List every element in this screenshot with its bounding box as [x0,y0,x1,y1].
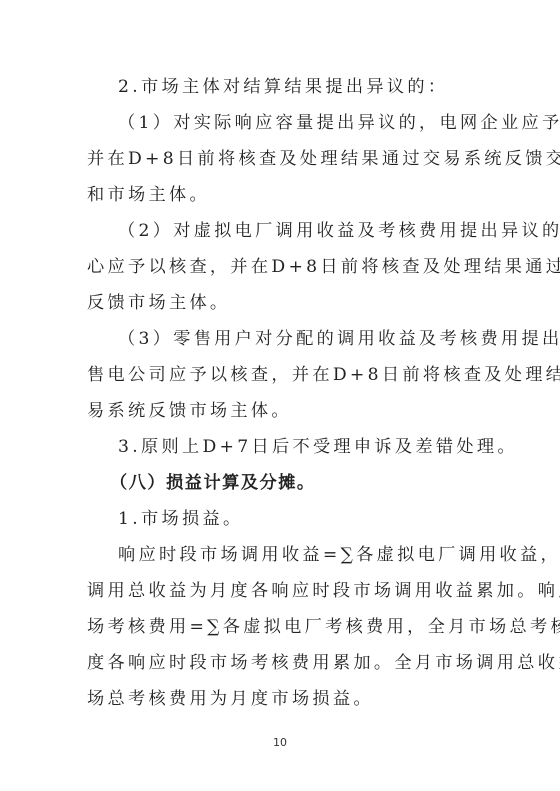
paragraph-line: 度各响应时段市场考核费用累加。全月市场调用总收益扣除市 [87,651,489,675]
paragraph-line: （2）对虚拟电厂调用收益及考核费用提出异议的，交易中 [118,219,489,243]
paragraph-line: 易系统反馈市场主体。 [87,399,489,423]
paragraph-line: 场总考核费用为月度市场损益。 [87,687,489,711]
paragraph-line: 2.市场主体对结算结果提出异议的： [118,75,489,99]
paragraph-line: 心应予以核查，并在D+8日前将核查及处理结果通过交易系统 [87,255,489,279]
paragraph-line: 和市场主体。 [87,183,489,207]
paragraph-line: 3.原则上D+7日后不受理申诉及差错处理。 [118,435,489,459]
paragraph-line: 场考核费用=∑各虚拟电厂考核费用，全月市场总考核费用为月 [87,615,489,639]
paragraph-line: （1）对实际响应容量提出异议的，电网企业应予以核查， [118,111,489,135]
paragraph-line: （3）零售用户对分配的调用收益及考核费用提出异议的， [118,327,489,351]
document-page: 2.市场主体对结算结果提出异议的： （1）对实际响应容量提出异议的，电网企业应予… [0,0,560,791]
paragraph-line: 售电公司应予以核查，并在D+8日前将核查及处理结果通过交 [87,363,489,387]
section-heading: （八）损益计算及分摊。 [110,471,481,495]
paragraph-line: 反馈市场主体。 [87,291,489,315]
paragraph-line: 调用总收益为月度各响应时段市场调用收益累加。响应时段市 [87,579,489,603]
subsection-heading: 1.市场损益。 [118,507,489,531]
page-number: 10 [0,736,560,749]
paragraph-line: 响应时段市场调用收益=∑各虚拟电厂调用收益，全月市场 [118,543,489,567]
paragraph-line: 并在D+8日前将核查及处理结果通过交易系统反馈交易中心 [87,147,489,171]
